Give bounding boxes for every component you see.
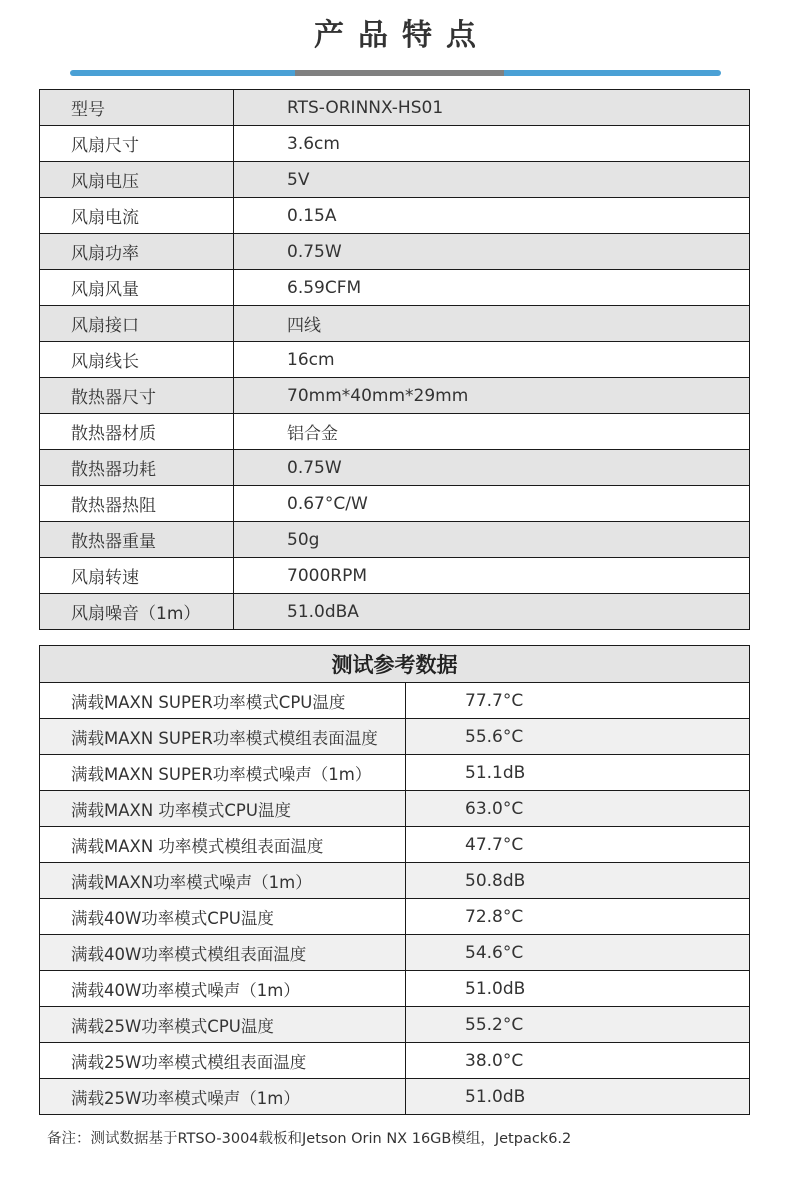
spec-label: 风扇转速 xyxy=(40,558,234,594)
spec-value: 6.59CFM xyxy=(234,270,750,306)
spec-row-fan-current: 风扇电流0.15A xyxy=(40,198,750,234)
test-label: 满载25W功率模式模组表面温度 xyxy=(40,1043,406,1079)
spec-label: 散热器功耗 xyxy=(40,450,234,486)
test-row: 满载25W功率模式模组表面温度38.0°C xyxy=(40,1043,750,1079)
test-value: 55.2°C xyxy=(406,1007,750,1043)
spec-label: 风扇接口 xyxy=(40,306,234,342)
test-table-header-row: 测试参考数据 xyxy=(40,646,750,683)
test-row: 满载25W功率模式噪声（1m）51.0dB xyxy=(40,1079,750,1115)
spec-value: 50g xyxy=(234,522,750,558)
test-label: 满载MAXN SUPER功率模式噪声（1m） xyxy=(40,755,406,791)
spec-table: 型号RTS-ORINNX-HS01 风扇尺寸3.6cm 风扇电压5V 风扇电流0… xyxy=(39,89,750,630)
spec-label: 风扇风量 xyxy=(40,270,234,306)
spec-label: 型号 xyxy=(40,90,234,126)
spec-row-fan-cable-length: 风扇线长16cm xyxy=(40,342,750,378)
test-label: 满载MAXN 功率模式模组表面温度 xyxy=(40,827,406,863)
spec-value: 3.6cm xyxy=(234,126,750,162)
spec-label: 散热器尺寸 xyxy=(40,378,234,414)
footnote: 备注：测试数据基于RTSO-3004载板和Jetson Orin NX 16GB… xyxy=(47,1127,571,1148)
test-label: 满载MAXN 功率模式CPU温度 xyxy=(40,791,406,827)
spec-row-fan-size: 风扇尺寸3.6cm xyxy=(40,126,750,162)
test-value: 51.0dB xyxy=(406,1079,750,1115)
test-row: 满载MAXN SUPER功率模式模组表面温度55.6°C xyxy=(40,719,750,755)
test-row: 满载40W功率模式模组表面温度54.6°C xyxy=(40,935,750,971)
test-row: 满载MAXN SUPER功率模式CPU温度77.7°C xyxy=(40,683,750,719)
test-value: 72.8°C xyxy=(406,899,750,935)
spec-label: 散热器材质 xyxy=(40,414,234,450)
spec-row-fan-power: 风扇功率0.75W xyxy=(40,234,750,270)
test-value: 47.7°C xyxy=(406,827,750,863)
spec-label: 风扇尺寸 xyxy=(40,126,234,162)
spec-value: 5V xyxy=(234,162,750,198)
spec-row-heatsink-material: 散热器材质铝合金 xyxy=(40,414,750,450)
test-value: 54.6°C xyxy=(406,935,750,971)
test-row: 满载40W功率模式噪声（1m）51.0dB xyxy=(40,971,750,1007)
spec-value: 16cm xyxy=(234,342,750,378)
spec-label: 风扇电压 xyxy=(40,162,234,198)
spec-value: 0.75W xyxy=(234,450,750,486)
spec-row-heatsink-thermal-resistance: 散热器热阻0.67°C/W xyxy=(40,486,750,522)
test-label: 满载MAXN SUPER功率模式模组表面温度 xyxy=(40,719,406,755)
spec-row-fan-connector: 风扇接口四线 xyxy=(40,306,750,342)
spec-row-heatsink-weight: 散热器重量50g xyxy=(40,522,750,558)
test-label: 满载MAXN功率模式噪声（1m） xyxy=(40,863,406,899)
spec-label: 风扇线长 xyxy=(40,342,234,378)
spec-row-fan-voltage: 风扇电压5V xyxy=(40,162,750,198)
divider-segment-right xyxy=(504,70,721,76)
test-row: 满载25W功率模式CPU温度55.2°C xyxy=(40,1007,750,1043)
test-value: 51.1dB xyxy=(406,755,750,791)
spec-value: 0.75W xyxy=(234,234,750,270)
spec-value: RTS-ORINNX-HS01 xyxy=(234,90,750,126)
spec-row-heatsink-size: 散热器尺寸70mm*40mm*29mm xyxy=(40,378,750,414)
divider-segment-left xyxy=(70,70,295,76)
test-table-header: 测试参考数据 xyxy=(40,646,750,683)
spec-row-fan-noise: 风扇噪音（1m）51.0dBA xyxy=(40,594,750,630)
test-data-table: 测试参考数据 满载MAXN SUPER功率模式CPU温度77.7°C 满载MAX… xyxy=(39,645,750,1115)
test-value: 50.8dB xyxy=(406,863,750,899)
test-label: 满载MAXN SUPER功率模式CPU温度 xyxy=(40,683,406,719)
test-row: 满载MAXN 功率模式CPU温度63.0°C xyxy=(40,791,750,827)
spec-row-heatsink-power: 散热器功耗0.75W xyxy=(40,450,750,486)
divider-segment-middle xyxy=(295,70,504,76)
spec-value: 铝合金 xyxy=(234,414,750,450)
test-row: 满载MAXN SUPER功率模式噪声（1m）51.1dB xyxy=(40,755,750,791)
test-label: 满载40W功率模式噪声（1m） xyxy=(40,971,406,1007)
test-value: 38.0°C xyxy=(406,1043,750,1079)
spec-label: 散热器热阻 xyxy=(40,486,234,522)
spec-value: 70mm*40mm*29mm xyxy=(234,378,750,414)
spec-row-fan-airflow: 风扇风量6.59CFM xyxy=(40,270,750,306)
spec-label: 风扇功率 xyxy=(40,234,234,270)
test-label: 满载40W功率模式CPU温度 xyxy=(40,899,406,935)
spec-value: 四线 xyxy=(234,306,750,342)
title-divider xyxy=(70,70,721,76)
test-value: 77.7°C xyxy=(406,683,750,719)
spec-value: 0.67°C/W xyxy=(234,486,750,522)
spec-label: 风扇噪音（1m） xyxy=(40,594,234,630)
test-label: 满载25W功率模式噪声（1m） xyxy=(40,1079,406,1115)
page-title: 产品特点 xyxy=(0,14,790,58)
spec-label: 风扇电流 xyxy=(40,198,234,234)
test-value: 51.0dB xyxy=(406,971,750,1007)
spec-value: 0.15A xyxy=(234,198,750,234)
test-value: 55.6°C xyxy=(406,719,750,755)
test-value: 63.0°C xyxy=(406,791,750,827)
spec-value: 7000RPM xyxy=(234,558,750,594)
spec-value: 51.0dBA xyxy=(234,594,750,630)
spec-label: 散热器重量 xyxy=(40,522,234,558)
test-label: 满载40W功率模式模组表面温度 xyxy=(40,935,406,971)
test-label: 满载25W功率模式CPU温度 xyxy=(40,1007,406,1043)
spec-row-model: 型号RTS-ORINNX-HS01 xyxy=(40,90,750,126)
spec-row-fan-speed: 风扇转速7000RPM xyxy=(40,558,750,594)
test-row: 满载MAXN 功率模式模组表面温度47.7°C xyxy=(40,827,750,863)
test-row: 满载40W功率模式CPU温度72.8°C xyxy=(40,899,750,935)
test-row: 满载MAXN功率模式噪声（1m）50.8dB xyxy=(40,863,750,899)
